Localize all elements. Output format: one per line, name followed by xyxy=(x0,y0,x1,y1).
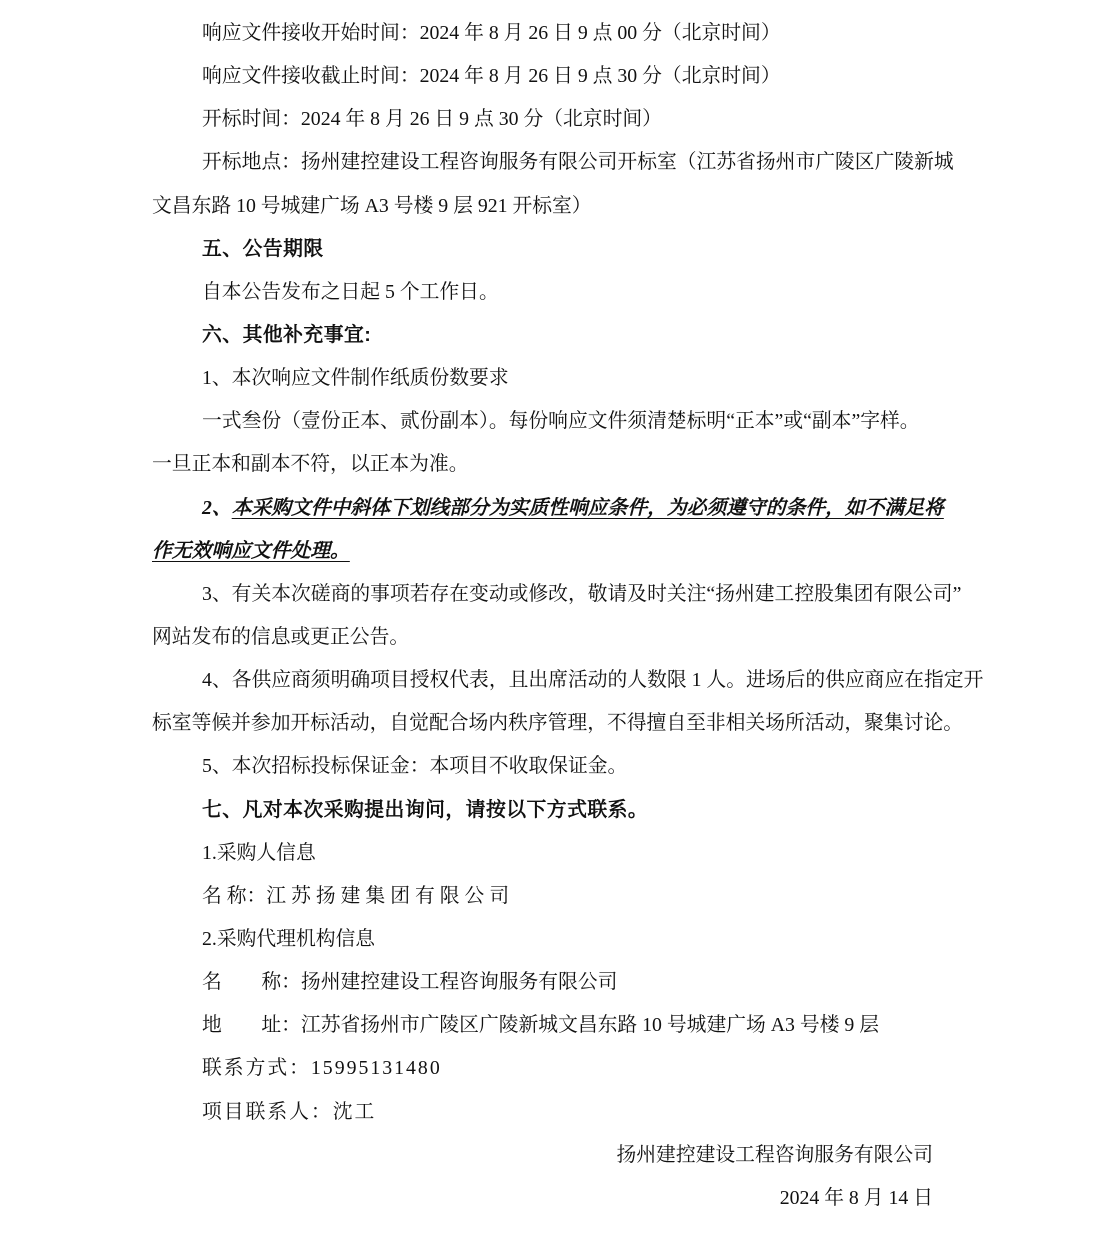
agency-address-label: 地 址： xyxy=(202,1014,301,1036)
line-response-receive-deadline: 响应文件接收截止时间：2024 年 8 月 26 日 9 点 30 分（北京时间… xyxy=(152,55,953,98)
item-2-number: 2、 xyxy=(202,497,232,519)
item-2-underlined-text-continued: 作无效响应文件处理。 xyxy=(152,540,350,562)
line-bid-opening-place-continued: 文昌东路 10 号城建广场 A3 号楼 9 层 921 开标室） xyxy=(152,185,953,228)
purchaser-name-value: 江苏扬建集团有限公司 xyxy=(266,885,514,907)
line-response-receive-start-time: 响应文件接收开始时间：2024 年 8 月 26 日 9 点 00 分（北京时间… xyxy=(152,12,953,55)
document-content: 响应文件接收开始时间：2024 年 8 月 26 日 9 点 00 分（北京时间… xyxy=(152,12,953,1220)
signature-company-name: 扬州建控建设工程咨询服务有限公司 xyxy=(152,1134,953,1177)
line-contact-person: 项目联系人：沈工 xyxy=(152,1091,953,1134)
agency-name-value: 扬州建控建设工程咨询服务有限公司 xyxy=(301,971,618,993)
line-item-4-representative: 4、各供应商须明确项目授权代表，且出席活动的人数限 1 人。进场后的供应商应在指… xyxy=(152,659,953,702)
purchaser-name-label: 名 称： xyxy=(202,885,266,907)
heading-section-5-notice-period: 五、公告期限 xyxy=(152,228,953,271)
line-copies-detail-continued: 一旦正本和副本不符，以正本为准。 xyxy=(152,443,953,486)
line-notice-period-value: 自本公告发布之日起 5 个工作日。 xyxy=(152,271,953,314)
agency-address-value: 江苏省扬州市广陵区广陵新城文昌东路 10 号城建广场 A3 号楼 9 层 xyxy=(301,1014,879,1036)
heading-section-6-supplementary: 六、其他补充事宜: xyxy=(152,314,953,357)
line-copies-detail: 一式叁份（壹份正本、贰份副本）。每份响应文件须清楚标明“正本”或“副本”字样。 xyxy=(152,400,953,443)
line-bid-opening-time: 开标时间：2024 年 8 月 26 日 9 点 30 分（北京时间） xyxy=(152,98,953,141)
line-agency-info-heading: 2.采购代理机构信息 xyxy=(152,918,953,961)
line-item-3-continued: 网站发布的信息或更正公告。 xyxy=(152,616,953,659)
line-item-5-deposit: 5、本次招标投标保证金：本项目不收取保证金。 xyxy=(152,745,953,788)
line-purchaser-info-heading: 1.采购人信息 xyxy=(152,832,953,875)
agency-name-label: 名 称： xyxy=(202,971,301,993)
line-item-2-continued: 作无效响应文件处理。 xyxy=(152,530,953,573)
line-item-3-changes-notice: 3、有关本次磋商的事项若存在变动或修改，敬请及时关注“扬州建工控股集团有限公司” xyxy=(152,573,953,616)
line-bid-opening-place: 开标地点：扬州建控建设工程咨询服务有限公司开标室（江苏省扬州市广陵区广陵新城 xyxy=(152,141,953,184)
line-agency-address: 地 址：江苏省扬州市广陵区广陵新城文昌东路 10 号城建广场 A3 号楼 9 层 xyxy=(152,1004,953,1047)
heading-section-7-contact: 七、凡对本次采购提出询问，请按以下方式联系。 xyxy=(152,789,953,832)
line-item-1-paper-copies: 1、本次响应文件制作纸质份数要求 xyxy=(152,357,953,400)
item-2-underlined-text: 本采购文件中斜体下划线部分为实质性响应条件，为必须遵守的条件，如不满足将 xyxy=(232,497,944,519)
line-contact-phone: 联系方式：15995131480 xyxy=(152,1047,953,1090)
line-item-2-substantive-terms: 2、本采购文件中斜体下划线部分为实质性响应条件，为必须遵守的条件，如不满足将 xyxy=(152,487,953,530)
signature-date: 2024 年 8 月 14 日 xyxy=(152,1177,953,1220)
line-purchaser-name: 名 称：江苏扬建集团有限公司 xyxy=(152,875,953,918)
document-page: 响应文件接收开始时间：2024 年 8 月 26 日 9 点 00 分（北京时间… xyxy=(0,0,1100,1234)
line-item-4-continued: 标室等候并参加开标活动，自觉配合场内秩序管理，不得擅自至非相关场所活动，聚集讨论… xyxy=(152,702,953,745)
line-agency-name: 名 称：扬州建控建设工程咨询服务有限公司 xyxy=(152,961,953,1004)
